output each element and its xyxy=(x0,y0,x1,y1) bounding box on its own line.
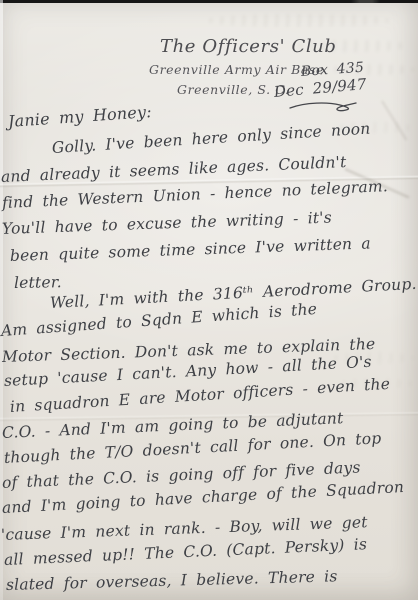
letterhead-club-name: The Officers' Club xyxy=(160,36,337,57)
letter-line: been quite some time since I've written … xyxy=(10,234,371,265)
scan-edge-top xyxy=(0,0,418,3)
letter-line: letter. xyxy=(14,273,62,292)
letterhead-base-name: Greenville Army Air Base xyxy=(149,62,324,77)
letter-line: Golly. I've been here only since noon xyxy=(51,120,370,157)
ink-bleedthrough xyxy=(205,14,390,27)
letter-line: slated for overseas, I believe. There is xyxy=(6,567,338,594)
letter-line: You'll have to excuse the writing - it's xyxy=(2,208,332,238)
paper-wrinkle xyxy=(381,100,407,140)
date-flourish-underline xyxy=(288,100,358,112)
letter-date: Dec 29/947 xyxy=(273,75,367,101)
scanned-letter-page: The Officers' Club Greenville Army Air B… xyxy=(0,0,418,600)
letter-salutation: Janie my Honey: xyxy=(7,102,152,131)
